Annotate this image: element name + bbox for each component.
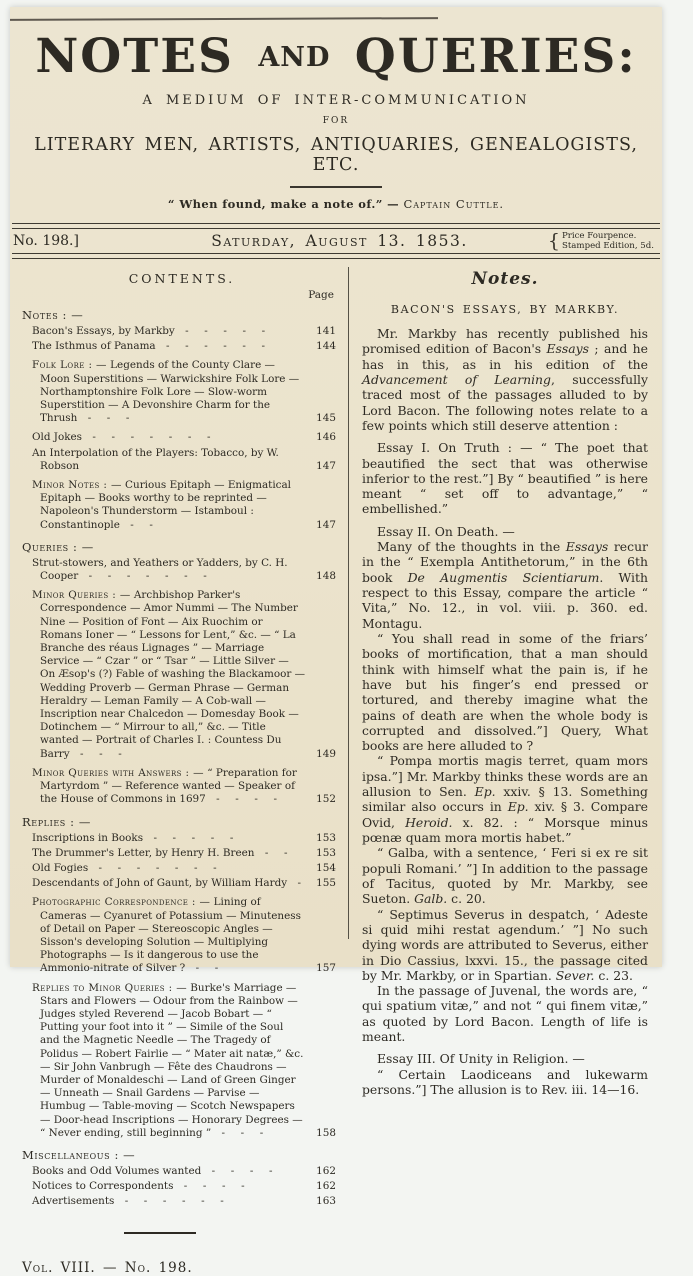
toc-page-number: 144 [316, 340, 336, 353]
toc-section-queries: Queries : — Strut-stowers, and Yeathers … [28, 540, 336, 808]
toc-entry: Minor Queries : — Archbishop Parker's Co… [28, 588, 336, 762]
title-word-queries: QUERIES: [355, 29, 637, 84]
masthead-subtitle: A MEDIUM OF INTER-COMMUNICATION [10, 93, 662, 108]
toc-entry: Inscriptions in Books - - - - -153 [28, 831, 336, 846]
price-block: { Price Fourpence. Stamped Edition, 5d. [516, 230, 654, 252]
article-paragraph: In the passage of Juvenal, the words are… [362, 983, 648, 1000]
toc-page-number: 153 [316, 847, 336, 860]
toc-entry: Bacon's Essays, by Markby - - - - -141 [28, 324, 336, 339]
issue-number: No. 198.] [13, 233, 163, 249]
toc-page-number: 153 [316, 832, 336, 845]
article-paragraph: Many of the thoughts in the Essays recur… [362, 539, 648, 631]
toc-page-number: 141 [316, 325, 336, 338]
article-paragraph: “ Pompa mortis magis terret, quam mors i… [362, 753, 648, 845]
toc-entry: Minor Notes : — Curious Epitaph — Enigma… [28, 478, 336, 533]
article-heading: BACON'S ESSAYS, BY MARKBY. [362, 303, 648, 316]
toc-entry: The Drummer's Letter, by Henry H. Breen … [28, 846, 336, 861]
contents-heading: CONTENTS. [28, 271, 336, 286]
toc-section-notes: Notes : — Bacon's Essays, by Markby - - … [28, 308, 336, 533]
toc-entry: Descendants of John of Gaunt, by William… [28, 876, 336, 891]
toc-page-number: 146 [316, 431, 336, 444]
toc-page-number: 155 [316, 877, 336, 890]
price-line-2: Stamped Edition, 5d. [562, 241, 654, 251]
toc-entry: Old Fogies - - - - - - -154 [28, 861, 336, 876]
page-title: NOTES AND QUERIES: [10, 33, 662, 80]
toc-entry: Folk Lore : — Legends of the County Clar… [28, 358, 336, 426]
contents-column: CONTENTS. Page Notes : — Bacon's Essays,… [28, 265, 348, 1000]
issue-date: Saturday, August 13. 1853. [163, 232, 516, 250]
toc-page-number: 157 [316, 962, 336, 975]
toc-entry: Strut-stowers, and Yeathers or Yadders, … [28, 556, 336, 584]
toc-section-label: Notes : — [22, 308, 336, 322]
toc-section-label: Queries : — [22, 540, 336, 554]
article-paragraph: “ Galba, with a sentence, ‘ Feri si ex r… [362, 845, 648, 906]
toc-entry: Replies to Minor Queries : — Burke's Mar… [28, 981, 336, 1000]
title-word-notes: NOTES [35, 29, 234, 84]
section-heading-notes: Notes. [362, 269, 648, 289]
dateline: No. 198.] Saturday, August 13. 1853. { P… [12, 229, 660, 253]
toc-entry: Minor Queries with Answers : — “ Prepara… [28, 766, 336, 808]
masthead: NOTES AND QUERIES: A MEDIUM OF INTER-COM… [10, 7, 662, 211]
article-paragraph: Mr. Markby has recently published his pr… [362, 326, 648, 433]
motto-author: Captain Cuttle. [403, 197, 504, 211]
title-word-and: AND [258, 42, 330, 73]
price-brace: { [548, 230, 560, 252]
toc-page-number: 154 [316, 862, 336, 875]
price-line-1: Price Fourpence. [562, 231, 654, 241]
article-paragraph: Essay I. On Truth : — “ The poet that be… [362, 440, 648, 517]
toc-page-number: 149 [316, 748, 336, 761]
motto-text: “ When found, make a note of.” — [168, 197, 404, 211]
toc-section-label: Replies : — [22, 815, 336, 829]
toc-entry: Old Jokes - - - - - - -146 [28, 430, 336, 445]
toc-entry: Photographic Correspondence : — Lining o… [28, 895, 336, 976]
scanned-page: NOTES AND QUERIES: A MEDIUM OF INTER-COM… [10, 7, 662, 967]
article-paragraph: “ Septimus Severus in despatch, ‘ Adeste… [362, 907, 648, 984]
article-paragraph: Essay II. On Death. — [362, 524, 648, 539]
toc-page-number: 147 [316, 460, 336, 473]
toc-section-replies: Replies : — Inscriptions in Books - - - … [28, 815, 336, 1001]
two-column-body: CONTENTS. Page Notes : — Bacon's Essays,… [12, 259, 660, 1000]
toc-page-number: 152 [316, 793, 336, 806]
article-column: Notes. BACON'S ESSAYS, BY MARKBY. Mr. Ma… [349, 265, 648, 1000]
masthead-audience: LITERARY MEN, ARTISTS, ANTIQUARIES, GENE… [10, 135, 662, 175]
toc-entry: An Interpolation of the Players: Tobacco… [28, 446, 336, 474]
toc-page-number: 148 [316, 570, 336, 583]
masthead-for: FOR [10, 116, 662, 126]
toc-entry: The Isthmus of Panama - - - - - -144 [28, 339, 336, 354]
masthead-rule [290, 186, 382, 188]
motto: “ When found, make a note of.” — Captain… [10, 197, 662, 211]
page-column-label: Page [28, 289, 336, 301]
toc-page-number: 145 [316, 412, 336, 425]
article-paragraph: “ You shall read in some of the friars’ … [362, 631, 648, 754]
toc-page-number: 147 [316, 519, 336, 532]
